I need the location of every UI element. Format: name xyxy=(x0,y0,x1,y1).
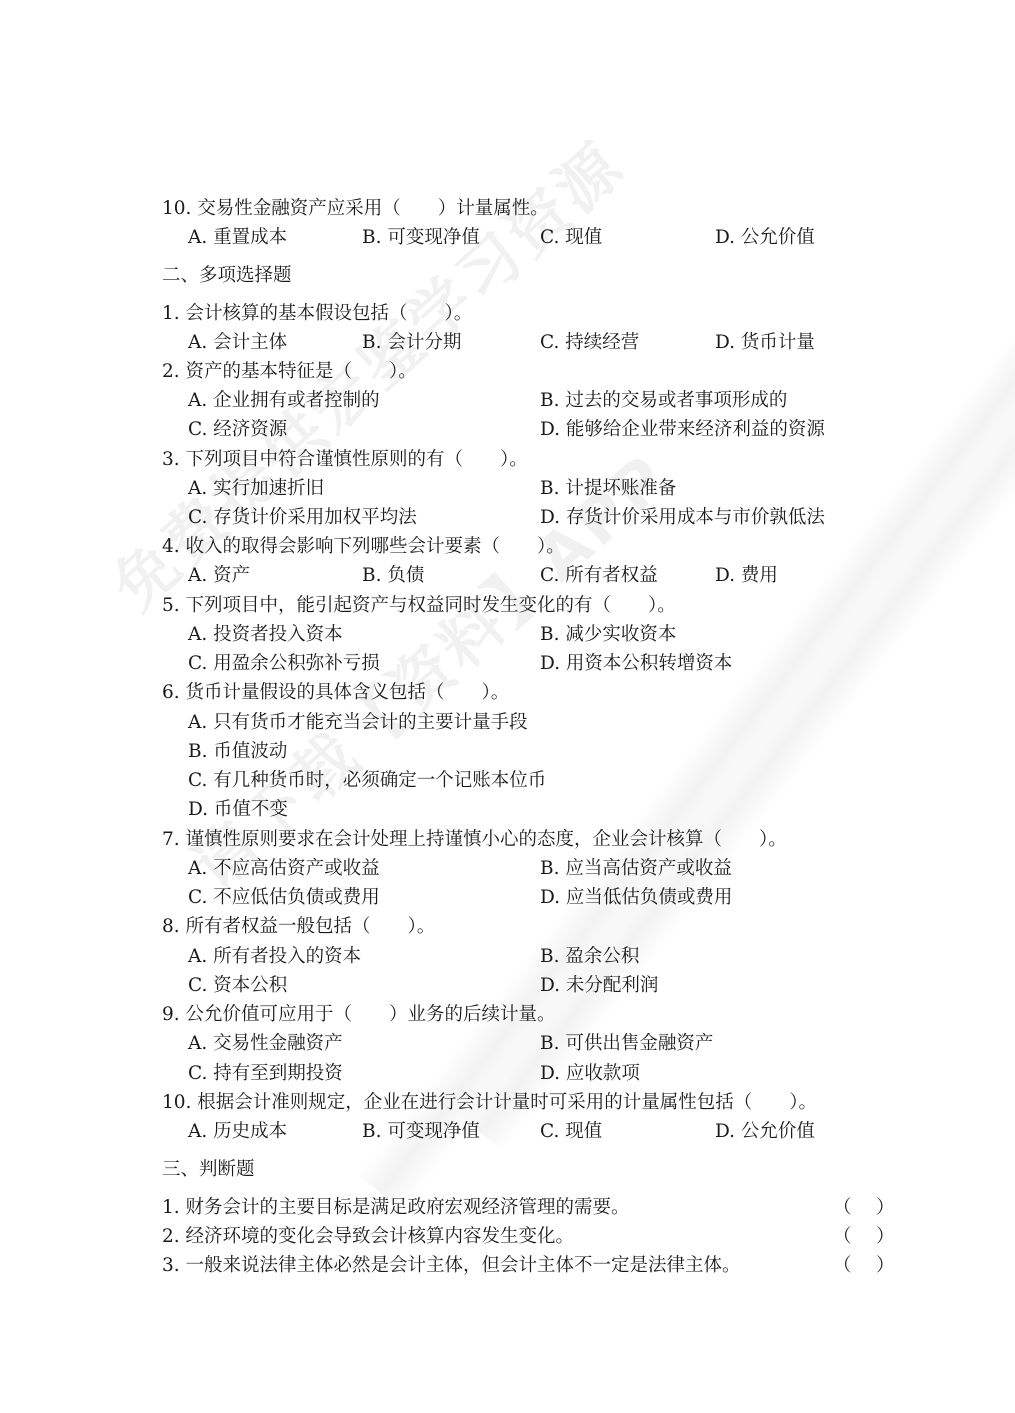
option-c: C. 用盈余公积弥补亏损 xyxy=(188,649,380,678)
question-stem: 8. 所有者权益一般包括（ ）。 xyxy=(162,912,435,941)
option-d: D. 币值不变 xyxy=(188,795,288,824)
option-d: D. 应收款项 xyxy=(540,1059,640,1088)
option-c: C. 所有者权益 xyxy=(540,561,658,590)
options-row: A. 资产 B. 负债 C. 所有者权益 D. 费用 xyxy=(0,561,1015,590)
option-b: B. 减少实收资本 xyxy=(540,620,676,649)
option-c: C. 现值 xyxy=(540,223,602,252)
judgment-item: 3. 一般来说法律主体必然是会计主体，但会计主体不一定是法律主体。 （ ） xyxy=(0,1251,1015,1280)
answer-paren-right: ） xyxy=(876,1193,895,1222)
options-row: C. 不应低估负债或费用 D. 应当低估负债或费用 xyxy=(0,883,1015,912)
option-d: D. 应当低估负债或费用 xyxy=(540,883,732,912)
options-row: A. 交易性金融资产 B. 可供出售金融资产 xyxy=(0,1029,1015,1058)
option-a: A. 实行加速折旧 xyxy=(188,474,324,503)
option-a: A. 投资者投入资本 xyxy=(188,620,343,649)
option-d: D. 存货计价采用成本与市价孰低法 xyxy=(540,503,825,532)
section-title: 三、判断题 xyxy=(162,1155,255,1184)
judgment-stem: 3. 一般来说法律主体必然是会计主体，但会计主体不一定是法律主体。 xyxy=(162,1251,741,1280)
options-row: A. 不应高估资产或收益 B. 应当高估资产或收益 xyxy=(0,854,1015,883)
section-title: 二、多项选择题 xyxy=(162,261,292,290)
option-a: A. 资产 xyxy=(188,561,250,590)
option-b: B. 币值波动 xyxy=(188,737,287,766)
option-d: D. 货币计量 xyxy=(715,328,815,357)
question-stem: 6. 货币计量假设的具体含义包括（ ）。 xyxy=(162,678,509,707)
option-b: B. 可供出售金融资产 xyxy=(540,1029,713,1058)
options-row: C. 持有至到期投资 D. 应收款项 xyxy=(0,1059,1015,1088)
option-a: A. 会计主体 xyxy=(188,328,287,357)
question-stem: 2. 资产的基本特征是（ ）。 xyxy=(162,357,417,386)
document-page: 免费提供宏鉴学习资源 请下载【资料】APP 10. 交易性金融资产应采用（ ）计… xyxy=(0,0,1015,1413)
question-stem: 3. 下列项目中符合谨慎性原则的有（ ）。 xyxy=(162,445,528,474)
options-row: A. 企业拥有或者控制的 B. 过去的交易或者事项形成的 xyxy=(0,386,1015,415)
options-row: A. 所有者投入的资本 B. 盈余公积 xyxy=(0,942,1015,971)
option-d: D. 未分配利润 xyxy=(540,971,658,1000)
option-c: C. 持有至到期投资 xyxy=(188,1059,343,1088)
answer-paren-left: （ xyxy=(833,1193,852,1222)
question-stem: 10. 根据会计准则规定，企业在进行会计计量时可采用的计量属性包括（ ）。 xyxy=(162,1088,817,1117)
option-c: C. 现值 xyxy=(540,1117,602,1146)
option-a: A. 只有货币才能充当会计的主要计量手段 xyxy=(188,708,528,737)
question-stem: 1. 会计核算的基本假设包括（ ）。 xyxy=(162,299,472,328)
judgment-stem: 2. 经济环境的变化会导致会计核算内容发生变化。 xyxy=(162,1222,574,1251)
option-c: C. 有几种货币时，必须确定一个记账本位币 xyxy=(188,766,546,795)
answer-paren-right: ） xyxy=(876,1222,895,1251)
option-d: D. 用资本公积转增资本 xyxy=(540,649,732,678)
option-b: B. 可变现净值 xyxy=(362,1117,480,1146)
judgment-item: 2. 经济环境的变化会导致会计核算内容发生变化。 （ ） xyxy=(0,1222,1015,1251)
option-b: B. 负债 xyxy=(362,561,424,590)
options-row: A. 投资者投入资本 B. 减少实收资本 xyxy=(0,620,1015,649)
option-b: B. 计提坏账准备 xyxy=(540,474,676,503)
question-stem: 10. 交易性金融资产应采用（ ）计量属性。 xyxy=(162,194,549,223)
options-row: A. 重置成本 B. 可变现净值 C. 现值 D. 公允价值 xyxy=(0,223,1015,252)
option-a: A. 历史成本 xyxy=(188,1117,287,1146)
option-b: B. 可变现净值 xyxy=(362,223,480,252)
answer-paren-left: （ xyxy=(833,1222,852,1251)
question-stem: 7. 谨慎性原则要求在会计处理上持谨慎小心的态度，企业会计核算（ ）。 xyxy=(162,825,787,854)
options-row: A. 历史成本 B. 可变现净值 C. 现值 D. 公允价值 xyxy=(0,1117,1015,1146)
options-row: A. 实行加速折旧 B. 计提坏账准备 xyxy=(0,474,1015,503)
question-stem: 4. 收入的取得会影响下列哪些会计要素（ ）。 xyxy=(162,532,565,561)
answer-paren-left: （ xyxy=(833,1251,852,1280)
options-row: C. 存货计价采用加权平均法 D. 存货计价采用成本与市价孰低法 xyxy=(0,503,1015,532)
question-stem: 9. 公允价值可应用于（ ）业务的后续计量。 xyxy=(162,1000,556,1029)
options-row: A. 会计主体 B. 会计分期 C. 持续经营 D. 货币计量 xyxy=(0,328,1015,357)
options-row: C. 资本公积 D. 未分配利润 xyxy=(0,971,1015,1000)
option-b: B. 过去的交易或者事项形成的 xyxy=(540,386,787,415)
option-a: A. 企业拥有或者控制的 xyxy=(188,386,380,415)
option-c: C. 经济资源 xyxy=(188,415,287,444)
option-b: B. 应当高估资产或收益 xyxy=(540,854,732,883)
option-b: B. 盈余公积 xyxy=(540,942,639,971)
option-a: A. 所有者投入的资本 xyxy=(188,942,361,971)
option-c: C. 存货计价采用加权平均法 xyxy=(188,503,417,532)
options-row: C. 用盈余公积弥补亏损 D. 用资本公积转增资本 xyxy=(0,649,1015,678)
option-d: D. 公允价值 xyxy=(715,223,815,252)
answer-paren-right: ） xyxy=(876,1251,895,1280)
option-a: A. 重置成本 xyxy=(188,223,287,252)
question-stem: 5. 下列项目中，能引起资产与权益同时发生变化的有（ ）。 xyxy=(162,591,676,620)
option-d: D. 能够给企业带来经济利益的资源 xyxy=(540,415,825,444)
option-c: C. 资本公积 xyxy=(188,971,287,1000)
option-a: A. 不应高估资产或收益 xyxy=(188,854,380,883)
option-c: C. 持续经营 xyxy=(540,328,639,357)
option-d: D. 费用 xyxy=(715,561,778,590)
option-d: D. 公允价值 xyxy=(715,1117,815,1146)
options-row: C. 经济资源 D. 能够给企业带来经济利益的资源 xyxy=(0,415,1015,444)
judgment-item: 1. 财务会计的主要目标是满足政府宏观经济管理的需要。 （ ） xyxy=(0,1193,1015,1222)
option-c: C. 不应低估负债或费用 xyxy=(188,883,380,912)
judgment-stem: 1. 财务会计的主要目标是满足政府宏观经济管理的需要。 xyxy=(162,1193,630,1222)
option-a: A. 交易性金融资产 xyxy=(188,1029,343,1058)
option-b: B. 会计分期 xyxy=(362,328,461,357)
